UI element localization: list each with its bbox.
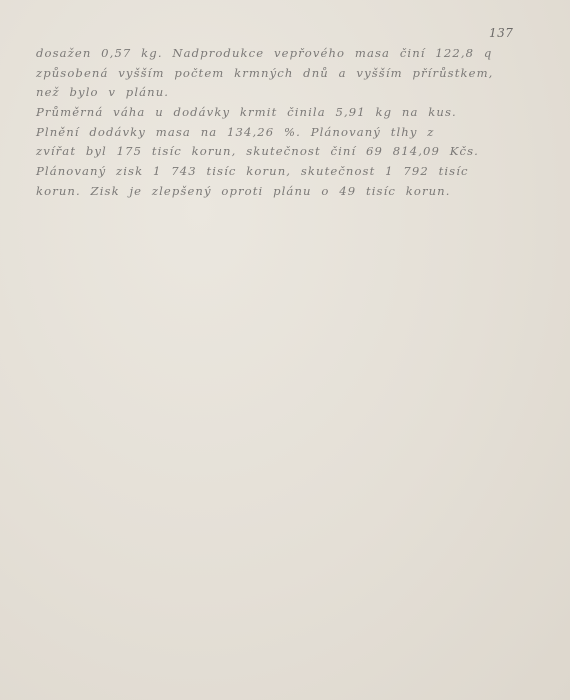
document-page: 137 dosažen 0,57 kg. Nadprodukce vepřové… (0, 0, 570, 700)
page-number: 137 (489, 26, 513, 40)
text-line: zvířat byl 175 tisíc korun, skutečnost č… (36, 142, 546, 162)
text-line: Plnění dodávky masa na 134,26 %. Plánova… (36, 123, 546, 143)
text-line: Plánovaný zisk 1 743 tisíc korun, skuteč… (36, 162, 546, 182)
text-line: způsobená vyšším počtem krmných dnů a vy… (36, 64, 546, 84)
text-line: než bylo v plánu. (36, 83, 546, 103)
text-line: dosažen 0,57 kg. Nadprodukce vepřového m… (36, 44, 546, 64)
text-line: korun. Zisk je zlepšený oproti plánu o 4… (36, 182, 546, 202)
handwritten-body: dosažen 0,57 kg. Nadprodukce vepřového m… (36, 44, 546, 202)
text-line: Průměrná váha u dodávky krmit činila 5,9… (36, 103, 546, 123)
